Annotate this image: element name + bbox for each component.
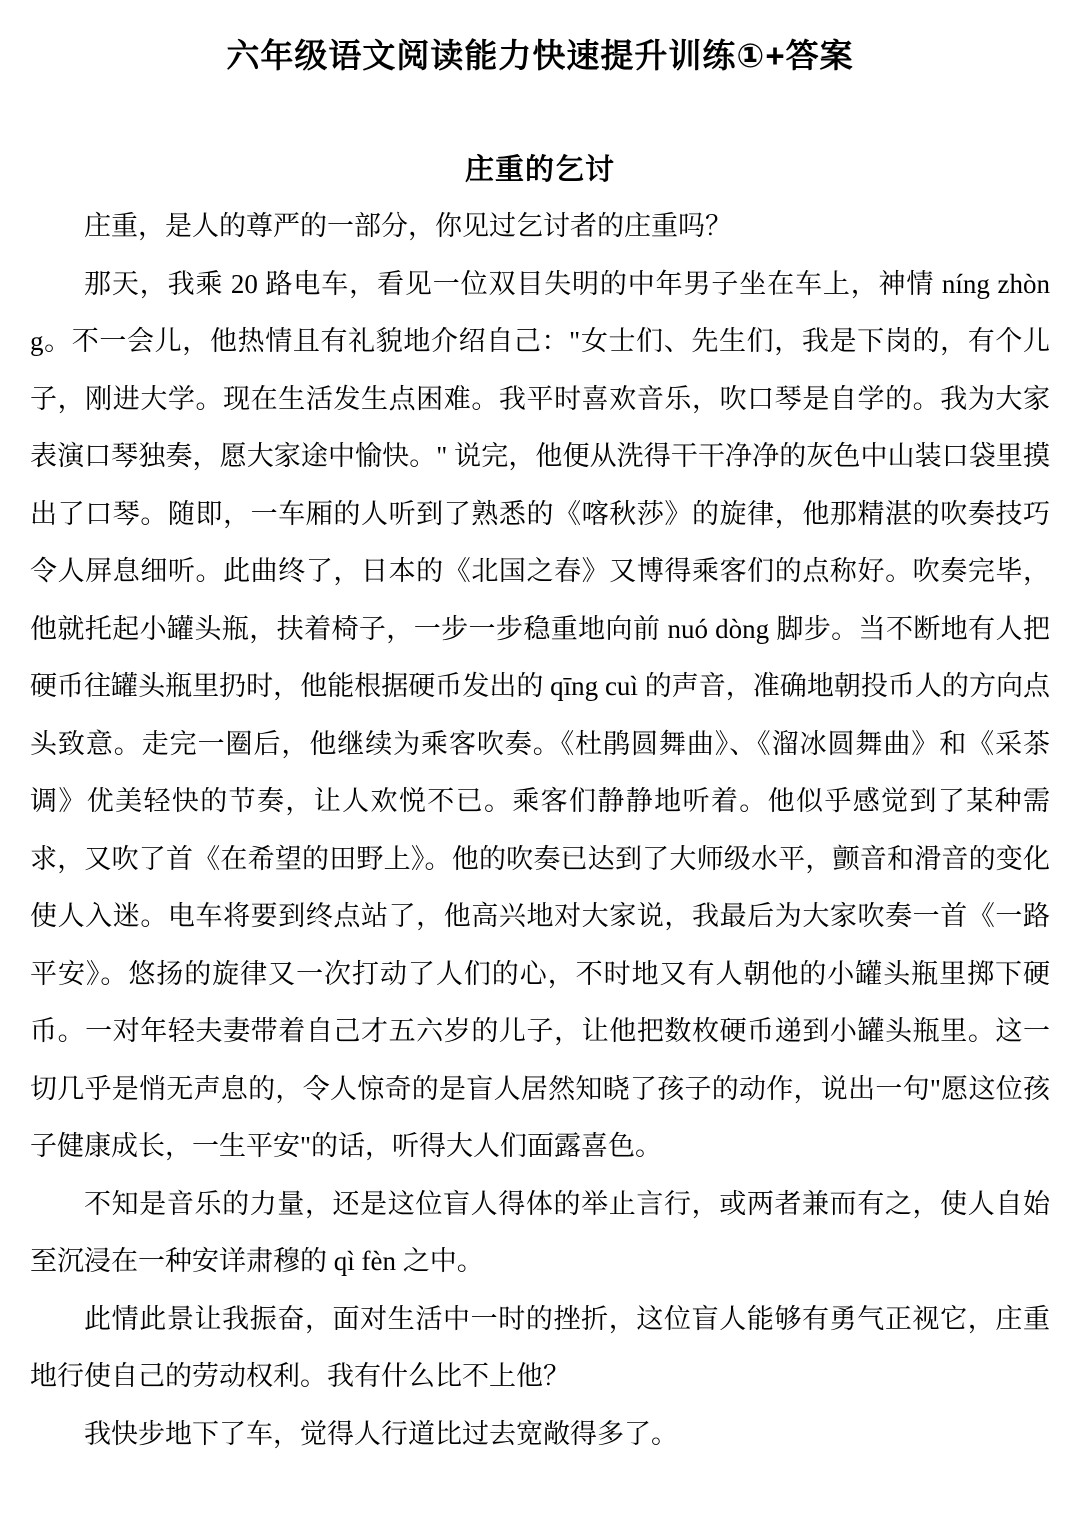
document-page: 六年级语文阅读能力快速提升训练①+答案 庄重的乞讨 庄重，是人的尊严的一部分，你…	[0, 0, 1080, 1527]
article-paragraph: 我快步地下了车，觉得人行道比过去宽敞得多了。	[30, 1406, 1050, 1464]
article-paragraph: 此情此景让我振奋，面对生活中一时的挫折，这位盲人能够有勇气正视它，庄重地行使自己…	[30, 1291, 1050, 1406]
article-paragraph: 庄重，是人的尊严的一部分，你见过乞讨者的庄重吗？	[30, 198, 1050, 256]
article-body: 庄重，是人的尊严的一部分，你见过乞讨者的庄重吗？ 那天，我乘 20 路电车，看见…	[30, 198, 1050, 1463]
article-paragraph: 那天，我乘 20 路电车，看见一位双目失明的中年男子坐在车上，神情 níng z…	[30, 256, 1050, 1176]
article-paragraph: 不知是音乐的力量，还是这位盲人得体的举止言行，或两者兼而有之，使人自始至沉浸在一…	[30, 1176, 1050, 1291]
page-title: 六年级语文阅读能力快速提升训练①+答案	[30, 36, 1050, 76]
article-title: 庄重的乞讨	[30, 152, 1050, 188]
